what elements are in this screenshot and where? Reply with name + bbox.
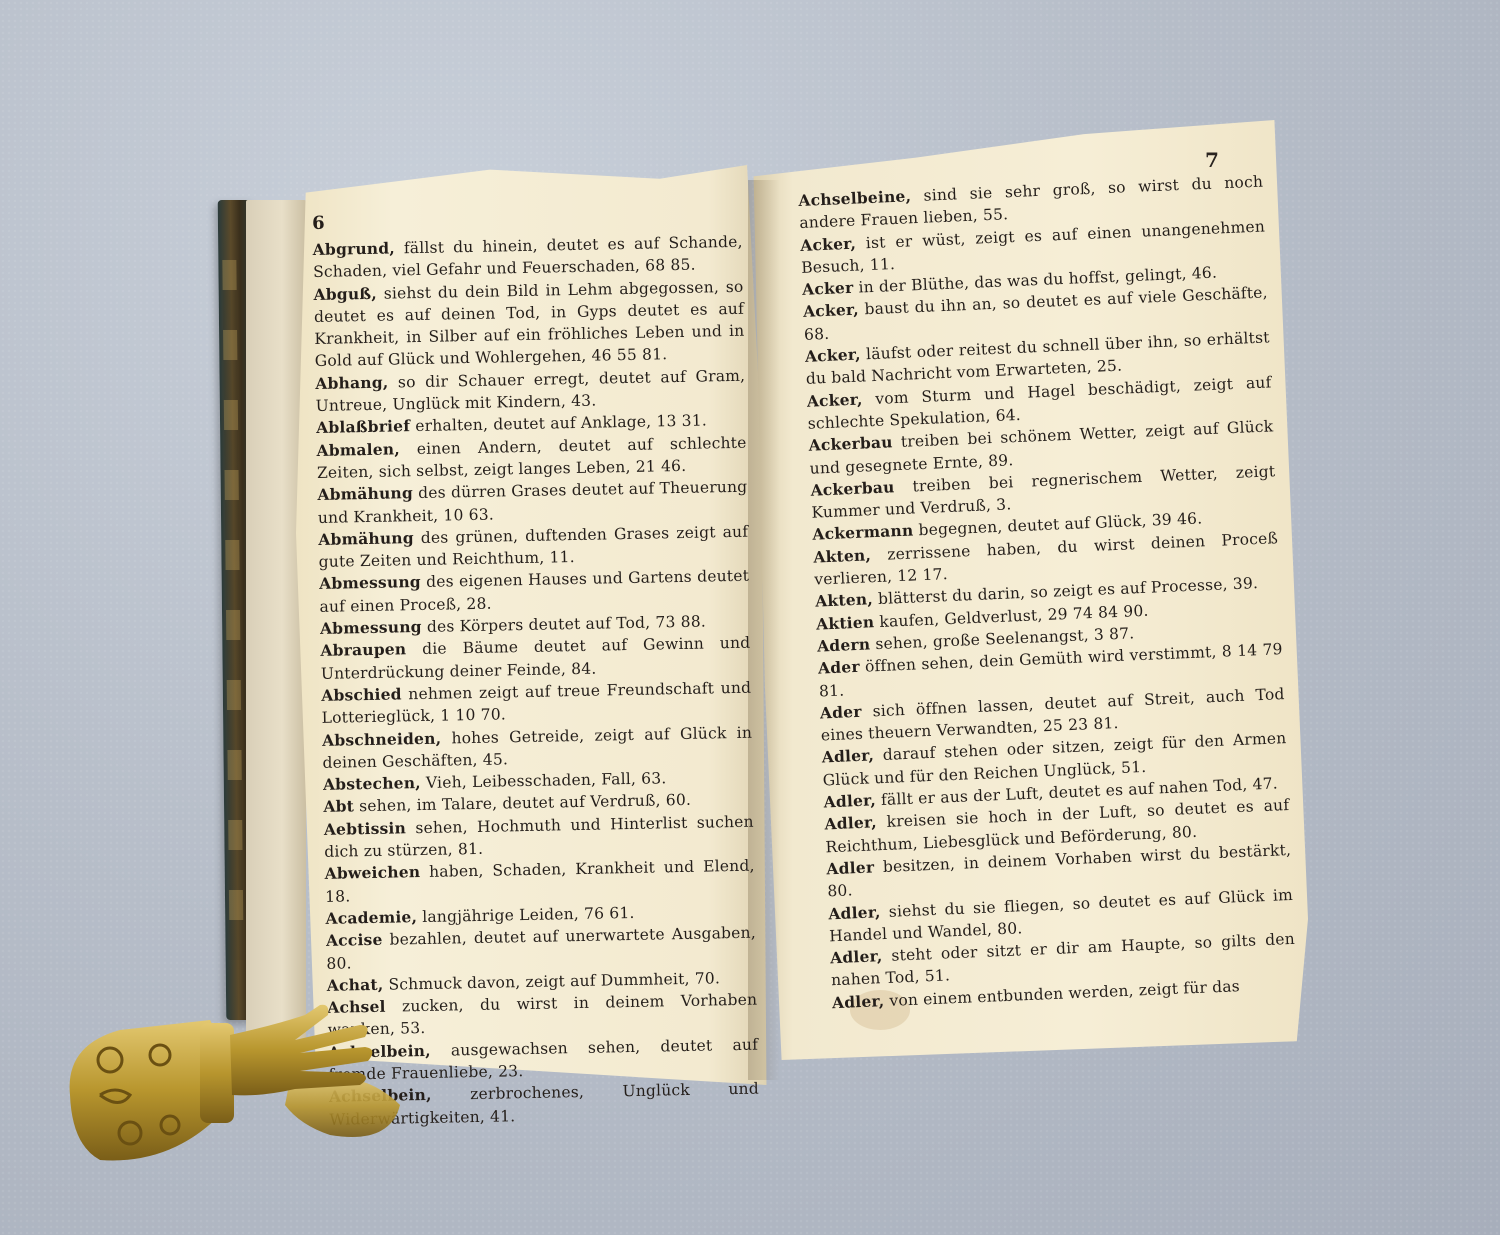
- entry-headword: Acker: [802, 278, 854, 299]
- page-number: 7: [1205, 148, 1219, 172]
- entry-headword: Abmähung: [317, 483, 413, 504]
- entry-headword: Akten,: [815, 590, 873, 611]
- entry-headword: Abstechen,: [323, 773, 421, 794]
- entry-headword: Abschneiden,: [322, 728, 441, 749]
- entry-headword: Ackerbau: [810, 477, 895, 500]
- entry-headword: Abmähung: [318, 528, 414, 549]
- entry-headword: Adler: [826, 857, 875, 878]
- entry-headword: Adler,: [828, 902, 881, 923]
- entry-headword: Abt: [323, 797, 354, 817]
- entry-text: erhalten, deutet auf Anklage, 13 31.: [415, 412, 707, 436]
- entry-headword: Adler,: [821, 746, 874, 767]
- entry-headword: Abschied: [321, 684, 402, 705]
- entry-headword: Abraupen: [320, 640, 406, 661]
- open-book: 6 Abgrund, fällst du hinein, deutet es a…: [0, 0, 1500, 1235]
- entry-headword: Ader: [818, 657, 860, 678]
- entry-headword: Abmessung: [319, 572, 421, 593]
- entry-headword: Acker,: [806, 389, 862, 410]
- entry-headword: Acker,: [805, 345, 861, 366]
- entry-headword: Aebtissin: [324, 818, 407, 839]
- entry-text: Vieh, Leibesschaden, Fall, 63.: [426, 769, 667, 792]
- entry-headword: Abhang,: [315, 372, 388, 392]
- entry-headword: Ader: [820, 702, 862, 723]
- entry-headword: Ackerbau: [808, 433, 893, 456]
- entry-headword: Adler,: [830, 946, 883, 967]
- entry-headword: Abgrund,: [313, 238, 396, 259]
- entry-text: des Körpers deutet auf Tod, 73 88.: [427, 613, 706, 636]
- entry-headword: Abmessung: [320, 617, 422, 638]
- page-stack: [246, 200, 306, 1080]
- entry-headword: Adler,: [832, 991, 885, 1012]
- entry-text: bezahlen, deutet auf unerwartete Ausgabe…: [326, 924, 756, 973]
- entry-headword: Akten,: [813, 545, 871, 566]
- entry-headword: Ablaßbrief: [316, 417, 410, 438]
- dictionary-entry: Abgrund, fällst du hinein, deutet es auf…: [312, 231, 743, 284]
- hand-clip-icon: [60, 985, 420, 1175]
- entry-headword: Abweichen: [325, 862, 421, 883]
- entry-headword: Ackermann: [812, 521, 914, 544]
- entry-headword: Adern: [817, 634, 871, 655]
- entry-headword: Abguß,: [313, 283, 377, 303]
- entry-headword: Accise: [326, 930, 383, 950]
- entry-list: Achselbeine, sind sie sehr groß, so wirs…: [798, 171, 1297, 1015]
- entry-headword: Academie,: [325, 907, 417, 928]
- entry-headword: Aktien: [816, 612, 875, 633]
- right-page-text: Achselbeine, sind sie sehr groß, so wirs…: [798, 171, 1297, 1015]
- entry-text: siehst du dein Bild in Lehm abgegossen, …: [314, 277, 745, 370]
- entry-headword: Abmalen,: [316, 439, 400, 460]
- entry-headword: Adler,: [823, 790, 876, 811]
- entry-headword: Acker,: [800, 233, 856, 254]
- entry-headword: Achselbeine,: [798, 186, 911, 210]
- entry-headword: Acker,: [803, 300, 859, 321]
- entry-headword: Adler,: [824, 813, 877, 834]
- dictionary-entry: Abguß, siehst du dein Bild in Lehm abgeg…: [313, 275, 745, 372]
- entry-text: langjährige Leiden, 76 61.: [422, 904, 635, 926]
